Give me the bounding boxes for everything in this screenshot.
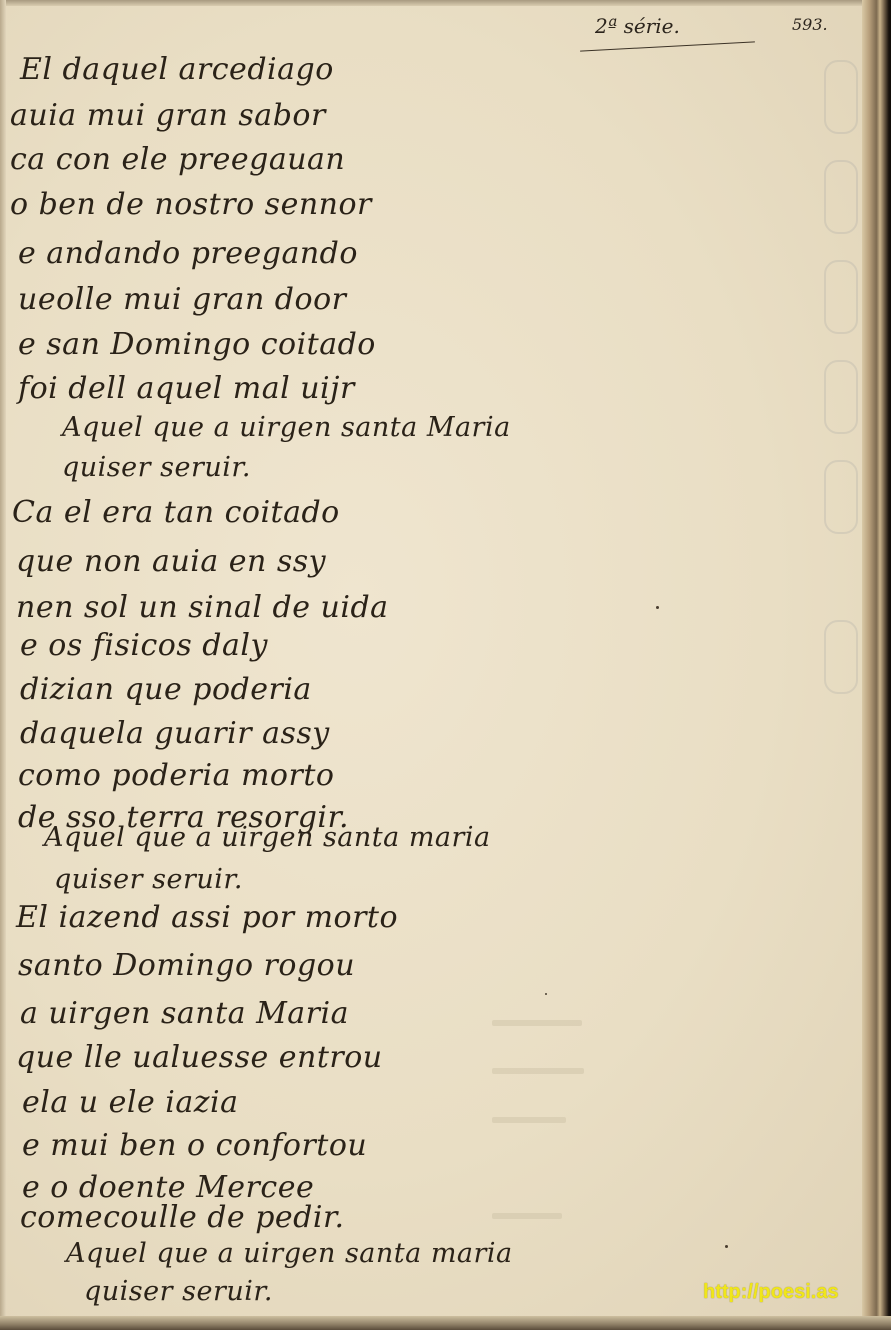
verse-line: e os fisicos daly xyxy=(20,628,268,663)
paper-chain-watermark xyxy=(820,60,860,700)
bleed-through-mark xyxy=(492,1020,582,1026)
page-top-edge xyxy=(0,0,891,6)
site-watermark: http://poesi.as xyxy=(703,1281,839,1304)
verse-line: como poderia morto xyxy=(18,758,334,793)
manuscript-page: 2ª série. 593. El daquel arcediago auia … xyxy=(0,0,891,1330)
verse-line: El daquel arcediago xyxy=(20,52,334,87)
refrain-line: quiser seruir. xyxy=(54,864,243,895)
series-label-underline xyxy=(580,41,755,51)
book-gutter xyxy=(862,0,891,1330)
bleed-through-mark xyxy=(492,1117,566,1123)
verse-line: foi dell aquel mal uijr xyxy=(18,371,355,406)
verse-line: nen sol un sinal de uida xyxy=(16,590,389,625)
verse-line: o ben de nostro sennor xyxy=(10,187,372,222)
verse-line: a uirgen santa Maria xyxy=(20,996,349,1031)
paper-speck xyxy=(656,606,659,609)
verse-line: auia mui gran sabor xyxy=(10,98,326,133)
paper-speck xyxy=(545,993,547,995)
verse-line: que lle ualuesse entrou xyxy=(16,1040,383,1075)
page-left-edge xyxy=(0,0,6,1330)
refrain-line: Aquel que a uirgen santa maria xyxy=(44,822,491,853)
verse-line: ca con ele preegauan xyxy=(10,142,345,177)
refrain-line: Aquel que a uirgen santa Maria xyxy=(62,412,511,443)
paper-speck xyxy=(725,1245,728,1248)
verse-line: ela u ele iazia xyxy=(22,1085,239,1120)
series-label: 2ª série. xyxy=(595,14,680,38)
verse-line: daquela guarir assy xyxy=(20,716,330,751)
verse-line: que non auia en ssy xyxy=(16,544,326,579)
refrain-line: quiser seruir. xyxy=(84,1276,273,1307)
refrain-line: quiser seruir. xyxy=(62,452,251,483)
verse-line: e san Domingo coitado xyxy=(18,327,376,362)
verse-line: e andando preegando xyxy=(18,236,358,271)
verse-line: dizian que poderia xyxy=(20,672,312,707)
bleed-through-mark xyxy=(492,1213,562,1219)
verse-line: santo Domingo rogou xyxy=(18,948,355,983)
verse-line: ueolle mui gran door xyxy=(18,282,346,317)
page-number: 593. xyxy=(792,15,828,34)
verse-line: e mui ben o confortou xyxy=(22,1128,367,1163)
page-bottom-edge xyxy=(0,1316,891,1330)
verse-line: Ca el era tan coitado xyxy=(12,495,340,530)
verse-line: El iazend assi por morto xyxy=(16,900,398,935)
verse-line: comecoulle de pedir. xyxy=(20,1200,345,1235)
refrain-line: Aquel que a uirgen santa maria xyxy=(66,1238,513,1269)
bleed-through-mark xyxy=(492,1068,584,1074)
